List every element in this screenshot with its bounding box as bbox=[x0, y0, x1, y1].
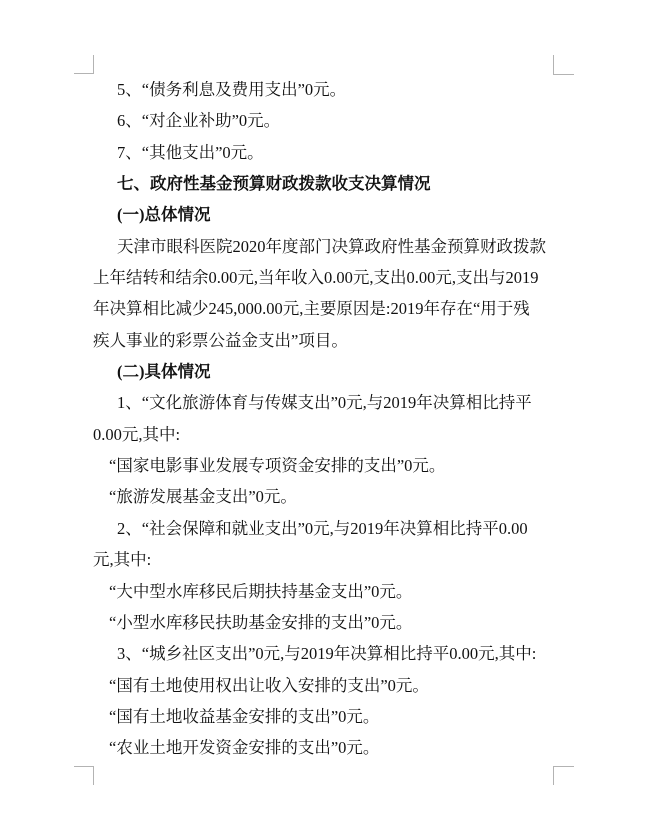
text-line-content: (二)具体情况 bbox=[117, 356, 211, 387]
text-line: 6、“对企业补助”0元。 bbox=[93, 105, 554, 136]
text-line: “旅游发展基金支出”0元。 bbox=[93, 481, 554, 512]
text-line-content: “国有土地使用权出让收入安排的支出”0元。 bbox=[109, 670, 429, 701]
text-line-content: 2、“社会保障和就业支出”0元,与2019年决算相比持平0.00 bbox=[117, 513, 528, 544]
document-page: 5、“债务利息及费用支出”0元。6、“对企业补助”0元。7、“其他支出”0元。七… bbox=[0, 0, 647, 840]
text-line-content: 天津市眼科医院2020年度部门决算政府性基金预算财政拨款 bbox=[117, 231, 546, 262]
text-line-content: 年决算相比减少245,000.00元,主要原因是:2019年存在“用于残 bbox=[93, 293, 530, 324]
text-line: 年决算相比减少245,000.00元,主要原因是:2019年存在“用于残 bbox=[93, 293, 554, 324]
text-line: 七、政府性基金预算财政拨款收支决算情况 bbox=[93, 168, 554, 199]
text-line: “大中型水库移民后期扶持基金支出”0元。 bbox=[93, 576, 554, 607]
text-line-content: 0.00元,其中: bbox=[93, 419, 180, 450]
text-line: 疾人事业的彩票公益金支出”项目。 bbox=[93, 325, 554, 356]
text-line-content: 6、“对企业补助”0元。 bbox=[117, 105, 280, 136]
text-line: 7、“其他支出”0元。 bbox=[93, 137, 554, 168]
text-boundary-mark-top-left bbox=[74, 55, 94, 74]
text-line-content: 七、政府性基金预算财政拨款收支决算情况 bbox=[117, 168, 431, 199]
text-line: “国有土地收益基金安排的支出”0元。 bbox=[93, 701, 554, 732]
text-line: 1、“文化旅游体育与传媒支出”0元,与2019年决算相比持平 bbox=[93, 387, 554, 418]
text-line-content: “国有土地收益基金安排的支出”0元。 bbox=[109, 701, 379, 732]
text-line-content: “国家电影事业发展专项资金安排的支出”0元。 bbox=[109, 450, 445, 481]
text-boundary-mark-top-right bbox=[553, 55, 574, 75]
text-line: “国家电影事业发展专项资金安排的支出”0元。 bbox=[93, 450, 554, 481]
text-line-content: “农业土地开发资金安排的支出”0元。 bbox=[109, 732, 379, 763]
text-line: 0.00元,其中: bbox=[93, 419, 554, 450]
text-line-content: 3、“城乡社区支出”0元,与2019年决算相比持平0.00元,其中: bbox=[117, 638, 536, 669]
text-line-content: (一)总体情况 bbox=[117, 199, 211, 230]
text-line: 2、“社会保障和就业支出”0元,与2019年决算相比持平0.00 bbox=[93, 513, 554, 544]
text-line: “农业土地开发资金安排的支出”0元。 bbox=[93, 732, 554, 763]
text-line: 天津市眼科医院2020年度部门决算政府性基金预算财政拨款 bbox=[93, 231, 554, 262]
text-boundary-mark-bottom-right bbox=[553, 766, 574, 785]
text-line: “小型水库移民扶助基金安排的支出”0元。 bbox=[93, 607, 554, 638]
text-line-content: 上年结转和结余0.00元,当年收入0.00元,支出0.00元,支出与2019 bbox=[93, 262, 539, 293]
text-line-content: 疾人事业的彩票公益金支出”项目。 bbox=[93, 325, 348, 356]
text-boundary-mark-bottom-left bbox=[74, 766, 94, 785]
text-line-content: 5、“债务利息及费用支出”0元。 bbox=[117, 74, 346, 105]
text-line: 3、“城乡社区支出”0元,与2019年决算相比持平0.00元,其中: bbox=[93, 638, 554, 669]
text-line: (一)总体情况 bbox=[93, 199, 554, 230]
text-line: 上年结转和结余0.00元,当年收入0.00元,支出0.00元,支出与2019 bbox=[93, 262, 554, 293]
text-line-content: 7、“其他支出”0元。 bbox=[117, 137, 264, 168]
text-line-content: “大中型水库移民后期扶持基金支出”0元。 bbox=[109, 576, 412, 607]
text-line-content: 元,其中: bbox=[93, 544, 151, 575]
text-line: “国有土地使用权出让收入安排的支出”0元。 bbox=[93, 670, 554, 701]
document-body: 5、“债务利息及费用支出”0元。6、“对企业补助”0元。7、“其他支出”0元。七… bbox=[93, 74, 554, 764]
text-line: 元,其中: bbox=[93, 544, 554, 575]
text-line: 5、“债务利息及费用支出”0元。 bbox=[93, 74, 554, 105]
text-line-content: 1、“文化旅游体育与传媒支出”0元,与2019年决算相比持平 bbox=[117, 387, 532, 418]
text-line-content: “小型水库移民扶助基金安排的支出”0元。 bbox=[109, 607, 412, 638]
text-line-content: “旅游发展基金支出”0元。 bbox=[109, 481, 297, 512]
text-line: (二)具体情况 bbox=[93, 356, 554, 387]
